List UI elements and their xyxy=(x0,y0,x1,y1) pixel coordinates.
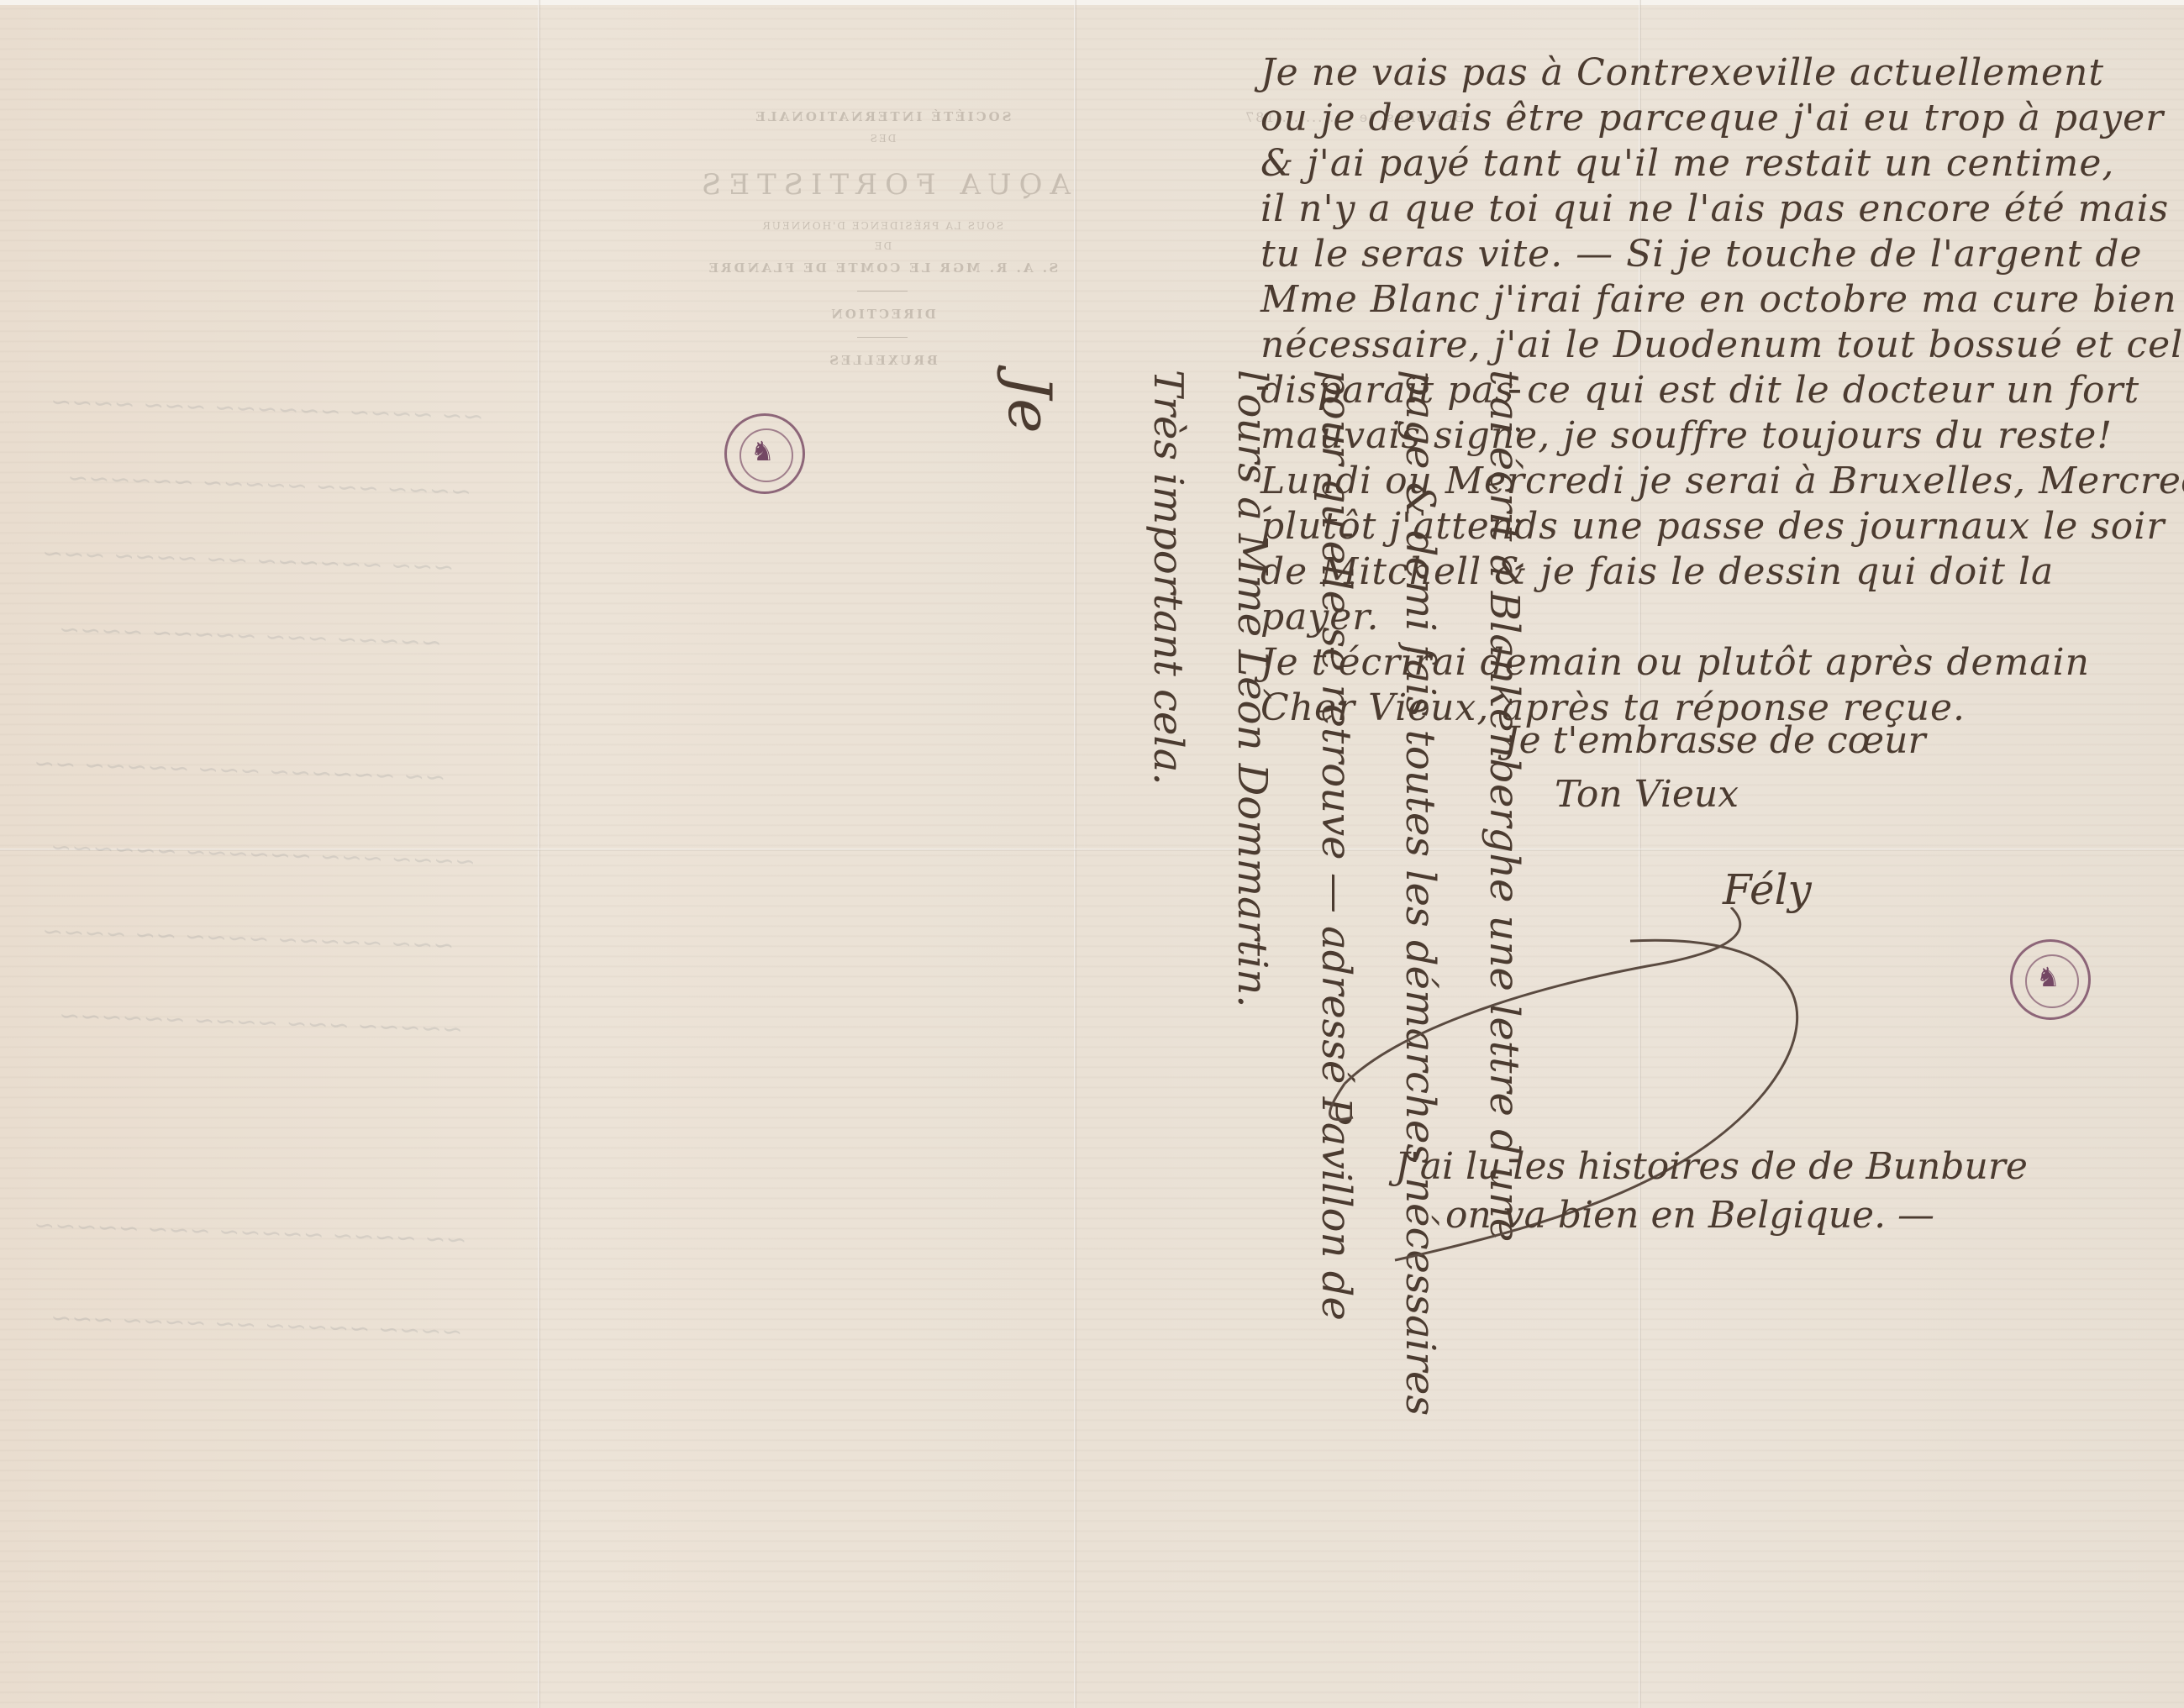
letterhead-line: BRUXELLES xyxy=(672,353,1092,368)
letterhead-line: SOCIÉTÉ INTERNATIONALE xyxy=(672,109,1092,124)
postscript-line: on va bien en Belgique. — xyxy=(1445,1191,2028,1240)
letterhead-line: DIRECTION xyxy=(672,307,1092,322)
letterhead-rule xyxy=(857,291,908,292)
letter-line: tu le seras vite. — Si je touche de l'ar… xyxy=(1260,232,2160,277)
paper-top-edge xyxy=(0,0,2184,5)
lion-icon: ♞ xyxy=(750,438,775,465)
letterhead-rule xyxy=(857,337,908,338)
showthrough-handwriting: ~~~~ ~~~ ~~~~~ ~~~~~~ xyxy=(67,464,472,507)
postscript-line: J'ai lu les histoires de de Bunbure xyxy=(1395,1143,2028,1191)
letterhead-line: DE xyxy=(672,240,1092,252)
letter-line: Lundi ou Mercredi je serai à Bruxelles, … xyxy=(1260,459,2160,504)
letter-line: Je ne vais pas à Contrexeville actuellem… xyxy=(1260,50,2160,96)
letter-line: Mme Blanc j'irai faire en octobre ma cur… xyxy=(1260,277,2160,323)
showthrough-handwriting: ~~~~~ ~~~ ~~~~ ~~~~~~ xyxy=(59,1001,464,1045)
showthrough-handwriting: ~~ ~~~~ ~~~~~ ~~~ ~~~~~ xyxy=(34,1211,468,1255)
letterhead-line: DES xyxy=(672,133,1092,145)
letter-line: nécessaire, j'ai le Duodenum tout bossué… xyxy=(1260,323,2160,368)
letter-line: mauvais signe, je souffre toujours du re… xyxy=(1260,413,2160,459)
letter-line: plutôt j'attends une passe des journaux … xyxy=(1260,504,2160,549)
postscript: J'ai lu les histoires de de Bunbure on v… xyxy=(1395,1143,2028,1240)
showthrough-handwriting: ~~~~ ~~~ ~~~~~~ ~~~~~~ xyxy=(50,833,476,877)
showthrough-handwriting: ~~~~~ ~~~ ~~~~~ ~~~~ xyxy=(59,615,443,658)
showthrough-handwriting: ~~~ ~~~~~~ ~~ ~~~~ ~~~ xyxy=(42,539,455,582)
letterhead-line: S. A. R. MGR LE COMTE DE FLANDRE xyxy=(672,260,1092,276)
letter-body: Je ne vais pas à Contrexeville actuellem… xyxy=(1260,50,2160,731)
side-note-line: Très important cela. xyxy=(1126,370,1210,1277)
letter-line: Je t'écrirai demain ou plutôt après dema… xyxy=(1260,640,2160,686)
letter-line: payer. xyxy=(1260,595,2160,640)
letter-line: il n'y a que toi qui ne l'ais pas encore… xyxy=(1260,187,2160,232)
letter-line: disparait pas ce qui est dit le docteur … xyxy=(1260,368,2160,413)
showthrough-handwriting: ~~ ~~~~~~ ~~~ ~~~~~ ~~ xyxy=(34,749,447,792)
letter-sheet: SOCIÉTÉ INTERNATIONALE DES AQUA FORTISTE… xyxy=(0,0,2184,1708)
letter-line: de Mitchell & je fais le dessin qui doit… xyxy=(1260,549,2160,595)
library-stamp: ♞ xyxy=(724,413,805,494)
lion-icon: ♞ xyxy=(2036,964,2060,991)
showthrough-handwriting: ~~~ ~~~~~ ~~~~ ~~ ~~~~ xyxy=(42,917,455,960)
letterhead-line: SOUS LA PRÉSIDENCE D'HONNEUR xyxy=(672,220,1092,232)
letter-line: ou je devais être parceque j'ai eu trop … xyxy=(1260,96,2160,141)
library-stamp: ♞ xyxy=(2010,939,2091,1020)
letterhead-title: AQUA FORTISTES xyxy=(672,168,1092,202)
showthrough-handwriting: ~~~~ ~~~~~ ~~ ~~~~ ~~~ xyxy=(50,1303,464,1347)
letter-closing: Je t'embrasse de cœur Ton Vieux xyxy=(1504,714,1926,822)
closing-line: Je t'embrasse de cœur xyxy=(1504,714,1926,768)
fold-line xyxy=(538,0,540,1708)
letterhead-showthrough: SOCIÉTÉ INTERNATIONALE DES AQUA FORTISTE… xyxy=(672,109,1092,368)
letter-line: & j'ai payé tant qu'il me restait un cen… xyxy=(1260,141,2160,187)
showthrough-handwriting: ~~ ~~~~ ~~~~~~ ~~~ ~~~~ xyxy=(50,387,485,432)
closing-line: Ton Vieux xyxy=(1555,768,1926,822)
